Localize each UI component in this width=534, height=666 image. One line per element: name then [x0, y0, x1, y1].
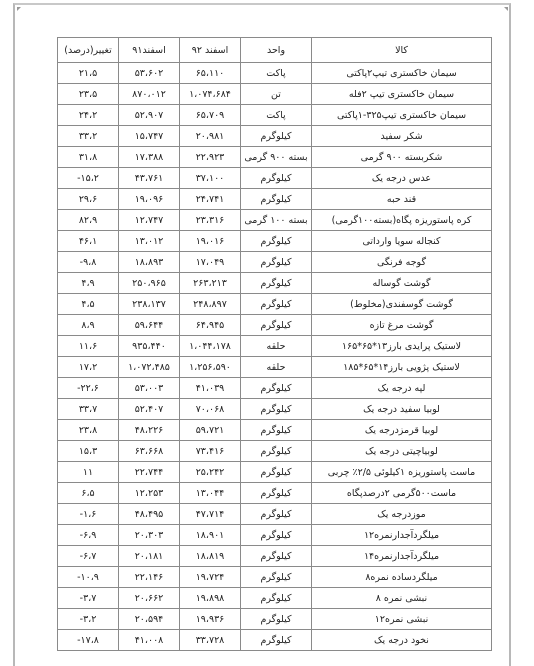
cell-esfand91: ۱۵،۷۴۷: [119, 126, 180, 147]
cell-change: ۱۱،۶: [58, 336, 119, 357]
cell-item: گوشت گوساله: [312, 273, 492, 294]
cell-change: ۳۳،۲: [58, 126, 119, 147]
cell-item: سیمان خاکستری تیپ ۲فله: [312, 84, 492, 105]
cell-unit: کیلوگرم: [241, 252, 312, 273]
cell-change: -۱۷،۸: [58, 630, 119, 651]
cell-item: نبشی نمره۱۲: [312, 609, 492, 630]
header-unit: واحد: [241, 38, 312, 63]
cell-item: ماست۵۰۰گرمی ۲درصدپگاه: [312, 483, 492, 504]
cell-esfand91: ۱۷،۳۸۸: [119, 147, 180, 168]
cell-item: لاستیک پژویی بارز۱۴*۶۵*۱۸۵: [312, 357, 492, 378]
cell-item: لوبیا قرمزدرجه یک: [312, 420, 492, 441]
cell-change: -۹،۸: [58, 252, 119, 273]
cell-change: ۱۵،۳: [58, 441, 119, 462]
cell-esfand92: ۵۹،۷۲۱: [180, 420, 241, 441]
cell-unit: کیلوگرم: [241, 546, 312, 567]
cell-change: ۲۱،۵: [58, 63, 119, 84]
table-row: شکربسته ۹۰۰ گرمیبسته ۹۰۰ گرمی۲۲،۹۲۳۱۷،۳۸…: [58, 147, 492, 168]
header-change: تغییر(درصد): [58, 38, 119, 63]
cell-change: -۱۰،۹: [58, 567, 119, 588]
cell-esfand91: ۸۷۰،۰۱۲: [119, 84, 180, 105]
cell-esfand91: ۲۲،۱۴۶: [119, 567, 180, 588]
cell-esfand91: ۲۰،۵۹۴: [119, 609, 180, 630]
cell-change: ۴۶،۱: [58, 231, 119, 252]
cell-item: گوشت گوسفندی(مخلوط): [312, 294, 492, 315]
table-row: عدس درجه یککیلوگرم۳۷،۱۰۰۴۳،۷۶۱-۱۵،۲: [58, 168, 492, 189]
cell-esfand92: ۶۵،۱۱۰: [180, 63, 241, 84]
cell-unit: کیلوگرم: [241, 420, 312, 441]
table-row: سیمان خاکستری تیپ ۲فلهتن۱،۰۷۴،۶۸۴۸۷۰،۰۱۲…: [58, 84, 492, 105]
cell-item: گوشت مرغ تازه: [312, 315, 492, 336]
cell-esfand92: ۳۷،۱۰۰: [180, 168, 241, 189]
cell-item: ماست پاستوریزه ۱کیلوئی ۲/۵٪ چربی: [312, 462, 492, 483]
cell-esfand92: ۴۱،۰۳۹: [180, 378, 241, 399]
cell-change: ۱۷،۲: [58, 357, 119, 378]
cell-unit: کیلوگرم: [241, 126, 312, 147]
table-row: نبشی نمره ۸کیلوگرم۱۹،۸۹۸۲۰،۶۶۲-۳،۷: [58, 588, 492, 609]
header-item: کالا: [312, 38, 492, 63]
cell-esfand92: ۲۵،۲۴۲: [180, 462, 241, 483]
cell-esfand92: ۱۹،۷۲۴: [180, 567, 241, 588]
cell-esfand91: ۲۵۰،۹۶۵: [119, 273, 180, 294]
cell-esfand91: ۴۸،۴۹۵: [119, 504, 180, 525]
cell-esfand92: ۴۷،۷۱۴: [180, 504, 241, 525]
cell-esfand91: ۵۲،۴۰۷: [119, 399, 180, 420]
cell-unit: کیلوگرم: [241, 504, 312, 525]
cell-unit: کیلوگرم: [241, 168, 312, 189]
table-row: ماست۵۰۰گرمی ۲درصدپگاهکیلوگرم۱۳،۰۴۴۱۲،۲۵۳…: [58, 483, 492, 504]
cell-item: میلگردآجدارنمره۱۲: [312, 525, 492, 546]
cell-esfand91: ۱۹،۰۹۶: [119, 189, 180, 210]
cell-change: ۶،۵: [58, 483, 119, 504]
table-row: سیمان خاکستری تیپ۳۲۵-۱پاکتیپاکت۶۵،۷۰۹۵۲،…: [58, 105, 492, 126]
cell-unit: بسته ۹۰۰ گرمی: [241, 147, 312, 168]
table-header-row: کالا واحد اسفند ۹۲ اسفند۹۱ تغییر(درصد): [58, 38, 492, 63]
table-row: کره پاستوریزه پگاه(بسته۱۰۰گرمی)بسته ۱۰۰ …: [58, 210, 492, 231]
cell-unit: پاکت: [241, 105, 312, 126]
cell-item: شکر سفید: [312, 126, 492, 147]
table-row: قند حبهکیلوگرم۲۴،۷۴۱۱۹،۰۹۶۲۹،۶: [58, 189, 492, 210]
cell-esfand91: ۵۳،۰۰۳: [119, 378, 180, 399]
cell-unit: کیلوگرم: [241, 231, 312, 252]
cell-item: میلگردساده نمره۸: [312, 567, 492, 588]
cell-esfand92: ۲۲،۹۲۳: [180, 147, 241, 168]
cell-unit: کیلوگرم: [241, 609, 312, 630]
cell-item: موزدرجه یک: [312, 504, 492, 525]
cell-esfand92: ۱۸،۸۱۹: [180, 546, 241, 567]
cell-esfand92: ۱۹،۸۹۸: [180, 588, 241, 609]
cell-unit: کیلوگرم: [241, 525, 312, 546]
cell-unit: کیلوگرم: [241, 567, 312, 588]
cell-item: سیمان خاکستری تیپ۳۲۵-۱پاکتی: [312, 105, 492, 126]
cell-item: لوبیاچیتی درجه یک: [312, 441, 492, 462]
cell-esfand91: ۱۲،۷۴۷: [119, 210, 180, 231]
cell-esfand92: ۶۴،۹۴۵: [180, 315, 241, 336]
cell-esfand91: ۱۲،۲۵۳: [119, 483, 180, 504]
cell-esfand91: ۴۱،۰۰۸: [119, 630, 180, 651]
table-row: گوجه فرنگیکیلوگرم۱۷،۰۴۹۱۸،۸۹۳-۹،۸: [58, 252, 492, 273]
cell-esfand91: ۲۰،۶۶۲: [119, 588, 180, 609]
table-row: شکر سفیدکیلوگرم۲۰،۹۸۱۱۵،۷۴۷۳۳،۲: [58, 126, 492, 147]
cell-esfand91: ۲۰،۳۰۳: [119, 525, 180, 546]
cell-unit: کیلوگرم: [241, 378, 312, 399]
cell-change: ۲۳،۵: [58, 84, 119, 105]
cell-esfand92: ۱،۲۵۶،۵۹۰: [180, 357, 241, 378]
cell-item: سیمان خاکستری تیپ۲پاکتی: [312, 63, 492, 84]
cell-unit: پاکت: [241, 63, 312, 84]
cell-esfand92: ۲۳،۳۱۶: [180, 210, 241, 231]
cell-item: لاستیک پرایدی بارز۱۳*۶۵*۱۶۵: [312, 336, 492, 357]
cell-esfand91: ۲۲،۷۴۴: [119, 462, 180, 483]
table-row: نبشی نمره۱۲کیلوگرم۱۹،۹۳۶۲۰،۵۹۴-۳،۲: [58, 609, 492, 630]
cell-unit: کیلوگرم: [241, 483, 312, 504]
cell-item: کره پاستوریزه پگاه(بسته۱۰۰گرمی): [312, 210, 492, 231]
table-row: نخود درجه یککیلوگرم۳۳،۷۲۸۴۱،۰۰۸-۱۷،۸: [58, 630, 492, 651]
cell-change: -۲۲،۶: [58, 378, 119, 399]
table-row: لوبیا قرمزدرجه یککیلوگرم۵۹،۷۲۱۴۸،۲۲۶۲۳،۸: [58, 420, 492, 441]
cell-change: ۲۳،۸: [58, 420, 119, 441]
corner-mark-icon: [504, 7, 508, 11]
cell-esfand91: ۱۳،۰۱۲: [119, 231, 180, 252]
header-esfand92: اسفند ۹۲: [180, 38, 241, 63]
cell-change: ۸،۹: [58, 315, 119, 336]
cell-change: ۱۱: [58, 462, 119, 483]
cell-unit: بسته ۱۰۰ گرمی: [241, 210, 312, 231]
cell-change: ۲۴،۲: [58, 105, 119, 126]
cell-unit: کیلوگرم: [241, 441, 312, 462]
cell-esfand91: ۲۰،۱۸۱: [119, 546, 180, 567]
cell-esfand92: ۶۵،۷۰۹: [180, 105, 241, 126]
cell-esfand91: ۵۲،۹۰۷: [119, 105, 180, 126]
cell-esfand92: ۲۶۳،۲۱۳: [180, 273, 241, 294]
table-row: لوبیا سفید درجه یککیلوگرم۷۰،۰۶۸۵۲،۴۰۷۳۳،…: [58, 399, 492, 420]
table-row: سیمان خاکستری تیپ۲پاکتیپاکت۶۵،۱۱۰۵۳،۶۰۲۲…: [58, 63, 492, 84]
cell-change: ۴،۵: [58, 294, 119, 315]
cell-esfand92: ۲۰،۹۸۱: [180, 126, 241, 147]
cell-esfand91: ۴۳،۷۶۱: [119, 168, 180, 189]
cell-change: -۱۵،۲: [58, 168, 119, 189]
cell-item: نبشی نمره ۸: [312, 588, 492, 609]
cell-unit: کیلوگرم: [241, 294, 312, 315]
cell-esfand91: ۴۸،۲۲۶: [119, 420, 180, 441]
cell-esfand92: ۱،۰۴۴،۱۷۸: [180, 336, 241, 357]
cell-item: کنجاله سویا وارداتی: [312, 231, 492, 252]
cell-esfand92: ۳۳،۷۲۸: [180, 630, 241, 651]
cell-change: ۳۳،۷: [58, 399, 119, 420]
cell-esfand91: ۲۳۸،۱۳۷: [119, 294, 180, 315]
cell-esfand91: ۱۸،۸۹۳: [119, 252, 180, 273]
table-row: میلگردساده نمره۸کیلوگرم۱۹،۷۲۴۲۲،۱۴۶-۱۰،۹: [58, 567, 492, 588]
cell-unit: کیلوگرم: [241, 630, 312, 651]
table-row: موزدرجه یککیلوگرم۴۷،۷۱۴۴۸،۴۹۵-۱،۶: [58, 504, 492, 525]
cell-esfand92: ۷۰،۰۶۸: [180, 399, 241, 420]
table-body: سیمان خاکستری تیپ۲پاکتیپاکت۶۵،۱۱۰۵۳،۶۰۲۲…: [58, 63, 492, 651]
cell-item: میلگردآجدارنمره۱۴: [312, 546, 492, 567]
cell-esfand91: ۹۳۵،۴۴۰: [119, 336, 180, 357]
cell-unit: کیلوگرم: [241, 273, 312, 294]
cell-unit: کیلوگرم: [241, 315, 312, 336]
price-comparison-table: کالا واحد اسفند ۹۲ اسفند۹۱ تغییر(درصد) س…: [57, 37, 492, 651]
cell-unit: کیلوگرم: [241, 588, 312, 609]
cell-esfand91: ۵۳،۶۰۲: [119, 63, 180, 84]
cell-esfand92: ۱۹،۰۱۶: [180, 231, 241, 252]
table-row: لپه درجه یککیلوگرم۴۱،۰۳۹۵۳،۰۰۳-۲۲،۶: [58, 378, 492, 399]
header-esfand91: اسفند۹۱: [119, 38, 180, 63]
cell-item: عدس درجه یک: [312, 168, 492, 189]
table-row: گوشت گوسالهکیلوگرم۲۶۳،۲۱۳۲۵۰،۹۶۵۴،۹: [58, 273, 492, 294]
cell-esfand92: ۲۴۸،۸۹۷: [180, 294, 241, 315]
cell-esfand92: ۱۸،۹۰۱: [180, 525, 241, 546]
cell-unit: کیلوگرم: [241, 462, 312, 483]
cell-item: لپه درجه یک: [312, 378, 492, 399]
cell-esfand91: ۱،۰۷۲،۴۸۵: [119, 357, 180, 378]
cell-esfand92: ۱،۰۷۴،۶۸۴: [180, 84, 241, 105]
cell-change: ۲۹،۶: [58, 189, 119, 210]
cell-esfand92: ۱۳،۰۴۴: [180, 483, 241, 504]
cell-unit: تن: [241, 84, 312, 105]
cell-esfand91: ۶۳،۶۶۸: [119, 441, 180, 462]
cell-esfand91: ۵۹،۶۴۴: [119, 315, 180, 336]
cell-change: ۳۱،۸: [58, 147, 119, 168]
corner-mark-icon: [17, 7, 21, 11]
table-row: لاستیک پرایدی بارز۱۳*۶۵*۱۶۵حلقه۱،۰۴۴،۱۷۸…: [58, 336, 492, 357]
table-row: میلگردآجدارنمره۱۲کیلوگرم۱۸،۹۰۱۲۰،۳۰۳-۶،۹: [58, 525, 492, 546]
cell-unit: کیلوگرم: [241, 189, 312, 210]
cell-item: نخود درجه یک: [312, 630, 492, 651]
cell-esfand92: ۲۴،۷۴۱: [180, 189, 241, 210]
table-row: لوبیاچیتی درجه یککیلوگرم۷۳،۴۱۶۶۳،۶۶۸۱۵،۳: [58, 441, 492, 462]
table-row: لاستیک پژویی بارز۱۴*۶۵*۱۸۵حلقه۱،۲۵۶،۵۹۰۱…: [58, 357, 492, 378]
cell-unit: حلقه: [241, 357, 312, 378]
cell-esfand92: ۱۷،۰۴۹: [180, 252, 241, 273]
table-row: کنجاله سویا وارداتیکیلوگرم۱۹،۰۱۶۱۳،۰۱۲۴۶…: [58, 231, 492, 252]
cell-change: -۱،۶: [58, 504, 119, 525]
cell-change: ۸۲،۹: [58, 210, 119, 231]
table-row: گوشت گوسفندی(مخلوط)کیلوگرم۲۴۸،۸۹۷۲۳۸،۱۳۷…: [58, 294, 492, 315]
cell-esfand92: ۷۳،۴۱۶: [180, 441, 241, 462]
cell-esfand92: ۱۹،۹۳۶: [180, 609, 241, 630]
cell-item: گوجه فرنگی: [312, 252, 492, 273]
cell-change: ۴،۹: [58, 273, 119, 294]
cell-item: لوبیا سفید درجه یک: [312, 399, 492, 420]
table-row: گوشت مرغ تازهکیلوگرم۶۴،۹۴۵۵۹،۶۴۴۸،۹: [58, 315, 492, 336]
cell-change: -۶،۷: [58, 546, 119, 567]
cell-item: شکربسته ۹۰۰ گرمی: [312, 147, 492, 168]
cell-change: -۳،۲: [58, 609, 119, 630]
cell-unit: کیلوگرم: [241, 399, 312, 420]
table-row: میلگردآجدارنمره۱۴کیلوگرم۱۸،۸۱۹۲۰،۱۸۱-۶،۷: [58, 546, 492, 567]
cell-unit: حلقه: [241, 336, 312, 357]
cell-item: قند حبه: [312, 189, 492, 210]
cell-change: -۶،۹: [58, 525, 119, 546]
cell-change: -۳،۷: [58, 588, 119, 609]
table-row: ماست پاستوریزه ۱کیلوئی ۲/۵٪ چربیکیلوگرم۲…: [58, 462, 492, 483]
